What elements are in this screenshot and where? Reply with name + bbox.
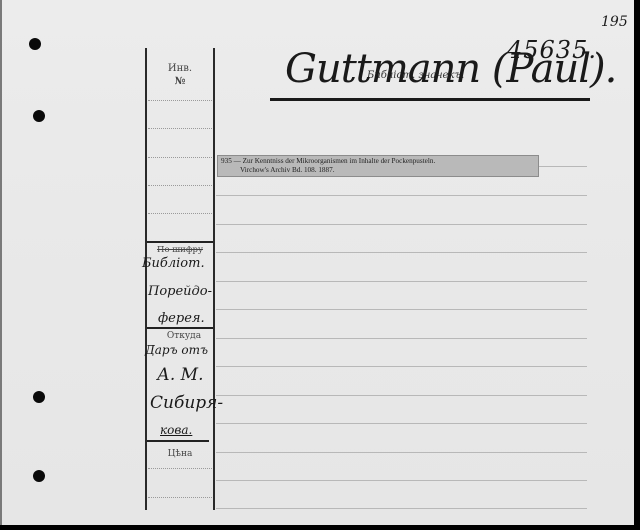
catalog-card: Инв. № По шифру Библіот. Порейдо- ферея.… (0, 0, 634, 525)
punch-hole-icon (29, 38, 41, 50)
ruled-line (148, 128, 212, 129)
source-handwritten-line3: Сибиря- (150, 393, 223, 413)
inventory-label-text: Инв. (147, 62, 213, 75)
ruled-line (148, 213, 212, 214)
ruled-line (216, 281, 587, 282)
clipping-title: 935 — Zur Kenntniss der Mikroorganismen … (221, 157, 535, 166)
ruled-line (148, 185, 212, 186)
ruled-line (216, 252, 587, 253)
inventory-label: Инв. № (147, 62, 213, 88)
ruled-line (216, 452, 587, 453)
ruled-line (148, 100, 212, 101)
author-underline (270, 98, 590, 101)
source-handwritten-line2: А. М. (157, 365, 204, 385)
ruled-line (216, 366, 587, 367)
ruled-line (148, 497, 212, 498)
ruled-line (539, 166, 587, 167)
source-handwritten-line1: Даръ отъ (145, 343, 208, 357)
acquisition-label: По шифру (147, 245, 213, 255)
section-divider (147, 241, 213, 243)
section-divider (147, 327, 213, 329)
ruled-line (216, 395, 587, 396)
ruled-line (216, 309, 587, 310)
section-divider (147, 440, 209, 442)
ruled-line (148, 157, 212, 158)
ruled-line (216, 508, 587, 509)
clipping-source: Virchow's Archiv Bd. 108. 1887. (221, 166, 535, 175)
number-sign: № (147, 75, 213, 88)
acquisition-handwritten-line3: ферея. (158, 311, 205, 326)
ruled-line (216, 423, 587, 424)
ruled-line (216, 338, 587, 339)
ruled-line (216, 195, 587, 196)
ruled-line (216, 224, 587, 225)
punch-hole-icon (33, 391, 45, 403)
price-label: Цѣна (147, 449, 213, 459)
acquisition-handwritten-line1: Библіот. (142, 256, 205, 271)
source-label: Откуда (154, 331, 214, 341)
acquisition-handwritten-line2: Порейдо- (148, 284, 212, 299)
author-name: Guttmann (Paul). (285, 46, 616, 92)
bibliographic-clipping: 935 — Zur Kenntniss der Mikroorganismen … (217, 155, 539, 177)
left-column-right-border (213, 48, 215, 510)
punch-hole-icon (33, 470, 45, 482)
punch-hole-icon (33, 110, 45, 122)
ruled-line (216, 480, 587, 481)
ruled-line (148, 468, 212, 469)
page-number: 195 (601, 14, 628, 30)
source-handwritten-line4: кова. (160, 423, 192, 437)
